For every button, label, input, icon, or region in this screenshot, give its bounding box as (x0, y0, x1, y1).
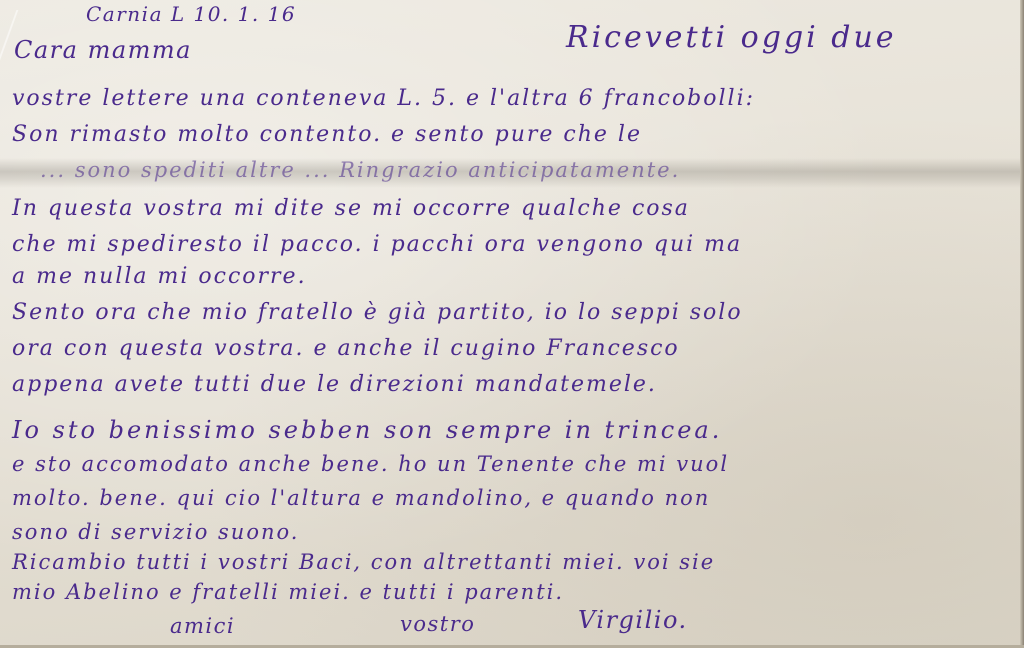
letter-line-6: a me nulla mi occorre. (12, 264, 307, 289)
signature: Virgilio. (578, 606, 688, 634)
letter-line-2: Son rimasto molto contento. e sento pure… (12, 122, 642, 147)
closing-word-vostro: vostro (400, 612, 475, 636)
letter-line-8: ora con questa vostra. e anche il cugino… (12, 336, 680, 361)
closing-word-amici: amici (170, 614, 235, 638)
letter-line-3-smudged: ... sono spediti altre ... Ringrazio ant… (40, 158, 680, 182)
letter-line-1: vostre lettere una conteneva L. 5. e l'a… (12, 86, 755, 111)
letter-line-9: appena avete tutti due le direzioni mand… (12, 372, 657, 397)
letter-line-5: che mi spediresto il pacco. i pacchi ora… (12, 232, 742, 257)
letter-line-11: e sto accomodato anche bene. ho un Tenen… (12, 452, 729, 476)
letter-line-15: mio Abelino e fratelli miei. e tutti i p… (12, 580, 564, 604)
letter-line-7: Sento ora che mio fratello è già partito… (12, 300, 743, 325)
opening-line: Ricevetti oggi due (566, 20, 897, 55)
letter-line-12: molto. bene. qui cio l'altura e mandolin… (12, 486, 710, 510)
letter-line-4: In questa vostra mi dite se mi occorre q… (12, 196, 690, 221)
postcard: Carnia L 10. 1. 16 Cara mamma Ricevetti … (0, 0, 1024, 648)
letter-line-14: Ricambio tutti i vostri Baci, con altret… (12, 550, 715, 574)
place-date: Carnia L 10. 1. 16 (86, 2, 296, 26)
letter-line-10: Io sto benissimo sebben son sempre in tr… (12, 416, 722, 444)
salutation: Cara mamma (14, 36, 192, 64)
letter-line-13: sono di servizio suono. (12, 520, 299, 544)
card-edge-right (1020, 0, 1024, 648)
